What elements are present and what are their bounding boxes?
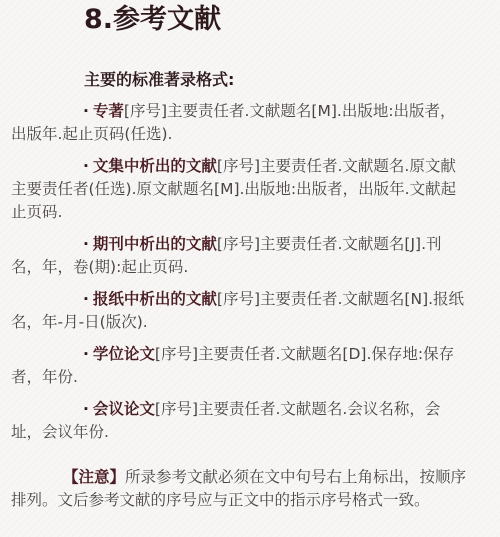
entry-keyword: 学位论文 bbox=[93, 345, 155, 363]
note-tag: 【注意】 bbox=[63, 468, 125, 486]
bullet-icon: · bbox=[83, 345, 89, 363]
entry-keyword: 会议论文 bbox=[93, 400, 155, 418]
section-title: 8.参考文献 bbox=[84, 3, 221, 37]
bullet-icon: · bbox=[83, 400, 89, 418]
format-list: ·专著[序号]主要责任者.文献题名[M].出版地:出版者，出版年.起止页码(任选… bbox=[11, 100, 471, 453]
entry-text: [序号]主要责任者.文献题名[D].保存地:保存者，年份. bbox=[11, 345, 454, 386]
entry-text: [序号]主要责任者.文献题名[M].出版地:出版者，出版年.起止页码(任选). bbox=[11, 102, 456, 143]
bullet-icon: · bbox=[83, 157, 89, 175]
format-entry-collection: ·文集中析出的文献[序号]主要责任者.文献题名.原文献主要责任者(任选).原文献… bbox=[11, 155, 471, 224]
entry-keyword: 专著 bbox=[93, 102, 124, 120]
format-entry-conference: ·会议论文[序号]主要责任者.文献题名.会议名称，会址，会议年份. bbox=[11, 398, 471, 444]
entry-keyword: 报纸中析出的文献 bbox=[93, 290, 217, 308]
format-entry-journal: ·期刊中析出的文献[序号]主要责任者.文献题名[J].刊名，年，卷(期):起止页… bbox=[11, 233, 471, 279]
format-entry-monograph: ·专著[序号]主要责任者.文献题名[M].出版地:出版者，出版年.起止页码(任选… bbox=[11, 100, 471, 146]
entry-text: [序号]主要责任者.文献题名[J].刊名，年，卷(期):起止页码. bbox=[11, 235, 442, 276]
format-subtitle: 主要的标准著录格式: bbox=[84, 69, 234, 91]
format-entry-thesis: ·学位论文[序号]主要责任者.文献题名[D].保存地:保存者，年份. bbox=[11, 343, 471, 389]
format-entry-newspaper: ·报纸中析出的文献[序号]主要责任者.文献题名[N].报纸名，年-月-日(版次)… bbox=[11, 288, 471, 334]
entry-keyword: 文集中析出的文献 bbox=[93, 157, 217, 175]
entry-keyword: 期刊中析出的文献 bbox=[93, 235, 217, 253]
bullet-icon: · bbox=[83, 102, 89, 120]
bullet-icon: · bbox=[83, 290, 89, 308]
note-paragraph: 【注意】所录参考文献必须在文中句号右上角标出，按顺序排列。文后参考文献的序号应与… bbox=[11, 466, 476, 512]
entry-text: [序号]主要责任者.文献题名[N].报纸名，年-月-日(版次). bbox=[11, 290, 464, 331]
entry-text: [序号]主要责任者.文献题名.会议名称，会址，会议年份. bbox=[11, 400, 440, 441]
bullet-icon: · bbox=[83, 235, 89, 253]
entry-text: [序号]主要责任者.文献题名.原文献主要责任者(任选).原文献题名[M].出版地… bbox=[11, 157, 456, 221]
